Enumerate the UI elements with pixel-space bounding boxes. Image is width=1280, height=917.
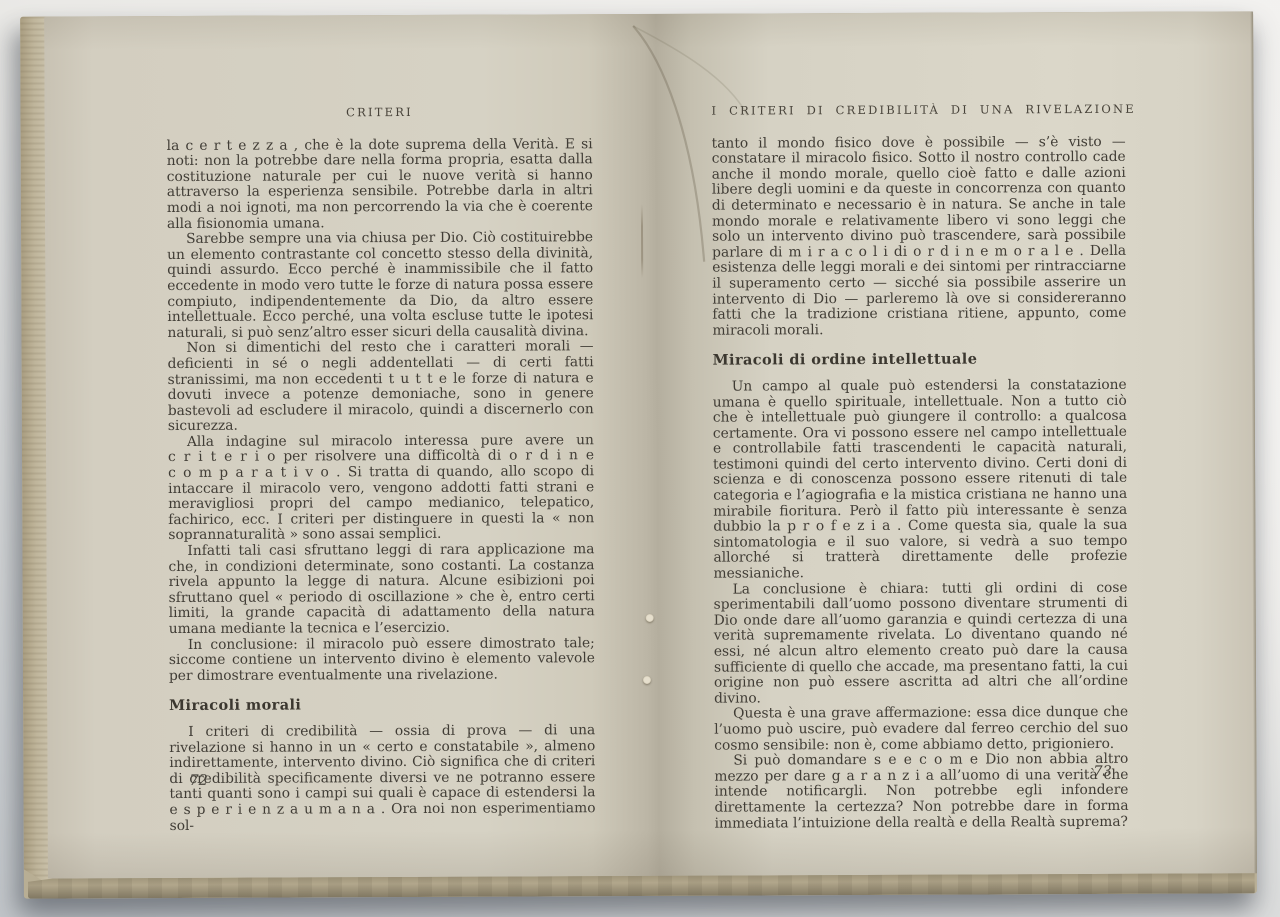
section-heading-miracoli-morali: Miracoli morali xyxy=(169,697,595,714)
paragraph: Infatti tali casi sfruttano leggi di rar… xyxy=(168,542,594,637)
paragraph: la c e r t e z z a , che è la dote supre… xyxy=(167,137,593,232)
left-running-header: CRITERI xyxy=(166,104,592,121)
right-running-header: I CRITERI DI CREDIBILITÀ DI UNA RIVELAZI… xyxy=(711,102,1125,119)
paragraph: La conclusione è chiara: tutti gli ordin… xyxy=(714,580,1129,707)
paragraph: Questa è una grave affermazione: essa di… xyxy=(714,705,1128,754)
paragraph: I criteri di credibilità — ossia di prov… xyxy=(169,723,595,834)
open-page-spread: CRITERI la c e r t e z z a , che è la do… xyxy=(44,11,1257,878)
open-book: CRITERI la c e r t e z z a , che è la do… xyxy=(20,11,1257,898)
binding-thread xyxy=(641,204,643,278)
photo-background: CRITERI la c e r t e z z a , che è la do… xyxy=(0,0,1280,917)
paragraph: Sarebbe sempre una via chiusa per Dio. C… xyxy=(167,230,593,341)
left-page-number: 72 xyxy=(189,773,208,789)
section-heading-miracoli-intellettuale: Miracoli di ordine intellettuale xyxy=(713,351,1127,368)
right-page-number: 73 xyxy=(1093,764,1112,780)
binding-stitch-knot xyxy=(646,614,654,622)
right-page: I CRITERI DI CREDIBILITÀ DI UNA RIVELAZI… xyxy=(711,102,1128,832)
left-page: CRITERI la c e r t e z z a , che è la do… xyxy=(166,104,595,834)
paragraph: In conclusione: il miracolo può essere d… xyxy=(169,636,595,685)
paragraph: Non si dimentichi del resto che i caratt… xyxy=(167,340,593,435)
binding-stitch-knot xyxy=(643,676,651,684)
paragraph: Un campo al quale può estendersi la cons… xyxy=(713,378,1128,583)
paragraph: Si può domandare s e e c o m e Dio non a… xyxy=(714,752,1128,832)
paragraph: Alla indagine sul miracolo interessa pur… xyxy=(168,433,594,544)
paragraph: tanto il mondo fisico dove è possibile —… xyxy=(712,134,1127,339)
